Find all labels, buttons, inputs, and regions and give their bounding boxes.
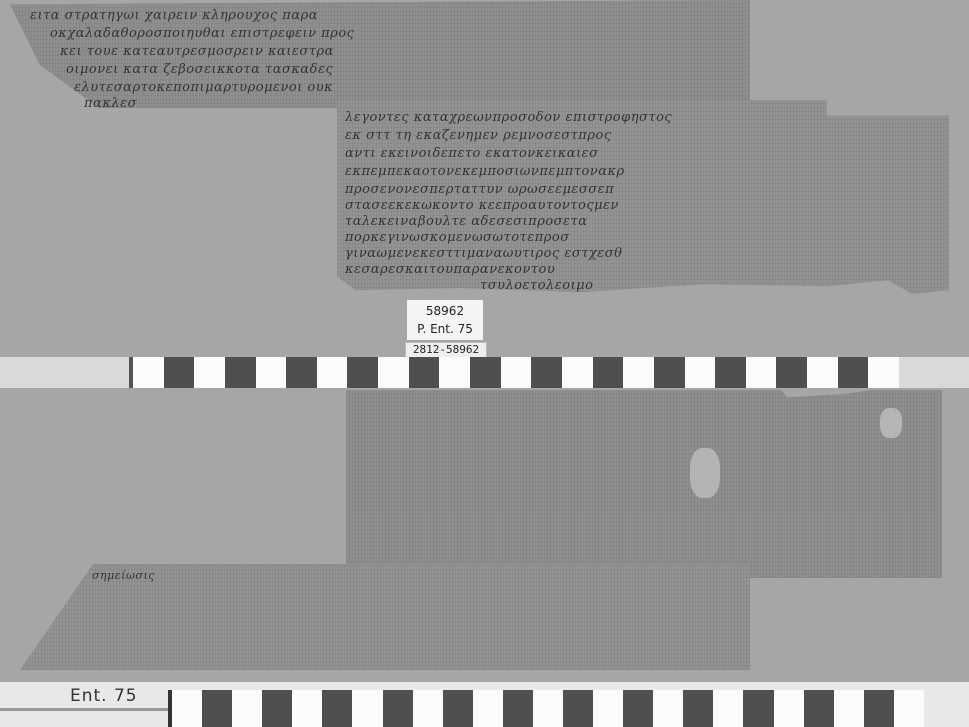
scale-segment: [654, 357, 685, 388]
scale-segment: [864, 690, 894, 727]
bottom-scale-bar: [168, 690, 924, 727]
recto-text-line: εκπεμπεκαοτονεκεμποσιωνπεμπτονακρ: [345, 164, 940, 179]
scale-segment: [262, 690, 292, 727]
scale-segment: [593, 357, 624, 388]
scale-segment: [473, 690, 503, 727]
scale-segment: [256, 357, 287, 388]
recto-text-line: κει τουε κατεαυτρεσμοσρειν καιεστρα: [60, 44, 740, 59]
scale-segment: [774, 690, 804, 727]
bottom-label: Ent. 75: [70, 686, 138, 706]
scale-segment: [533, 690, 563, 727]
scale-segment: [383, 690, 413, 727]
label-card: 58962 P. Ent. 75: [407, 300, 483, 340]
scale-segment: [232, 690, 262, 727]
scale-segment: [286, 357, 317, 388]
scale-segment: [776, 357, 807, 388]
designation: P. Ent. 75: [407, 322, 483, 336]
scale-segment: [470, 357, 501, 388]
scale-segment: [562, 357, 593, 388]
recto-text-line: γιναωμενεκεσττιμαναωυτιρος εστχεσθ: [345, 246, 765, 261]
scale-segment: [531, 357, 562, 388]
scale-segment: [593, 690, 623, 727]
scale-segment: [834, 690, 864, 727]
top-scale-bar: [129, 357, 899, 388]
recto-text-line: οιμονει κατα ζεβοσεικκοτα τασκαδες: [66, 62, 736, 77]
verso-light-patch: [690, 448, 720, 498]
scale-segment: [685, 357, 716, 388]
scale-segment: [164, 357, 195, 388]
scale-segment: [503, 690, 533, 727]
verso-section: σημείωσις: [0, 388, 969, 680]
scale-segment: [713, 690, 743, 727]
scale-segment: [133, 357, 164, 388]
scale-segment: [838, 357, 869, 388]
recto-text-line: προσενονεσπερταττυν ωρωσεεμεσσεπ: [345, 182, 940, 197]
scale-segment: [623, 357, 654, 388]
scale-segment: [683, 690, 713, 727]
recto-text-line: ειτα στρατηγωι χαιρειν κληρουχος παρα: [30, 8, 730, 23]
recto-text-line: κεσαρεσκαιτουπαρανεκοντου: [345, 262, 765, 277]
scale-segment: [563, 690, 593, 727]
recto-text-line: τσυλοετολεοιμο: [480, 278, 680, 293]
scale-segment: [715, 357, 746, 388]
recto-text-line: λεγοντες καταχρεωνπροσοδον επιστροφηστος: [345, 110, 940, 125]
verso-text: σημείωσις: [92, 568, 172, 583]
recto-section: ειτα στρατηγωι χαιρειν κληρουχος παρα οκ…: [0, 0, 969, 357]
scale-segment: [623, 690, 653, 727]
recto-text-line: πορκεγινωσκομενωσωτοτεπροσ: [345, 230, 745, 245]
scale-segment: [378, 357, 409, 388]
recto-text-line: πακλεσ: [84, 96, 334, 111]
scale-segment: [352, 690, 382, 727]
scale-segment: [317, 357, 348, 388]
recto-text-line: ταλεκειναβουλτε αδεσεσιπροσετα: [345, 214, 940, 229]
scale-segment: [225, 357, 256, 388]
scale-segment: [322, 690, 352, 727]
recto-text-line: ελυτεσαρτοκεποπιμαρτυρομενοι ουκ: [74, 80, 374, 95]
scale-segment: [443, 690, 473, 727]
scale-segment: [439, 357, 470, 388]
scale-segment: [501, 357, 532, 388]
recto-text-line: στασεεκεκωκοντο κεεπροαυτοντοςμεν: [345, 198, 940, 213]
catalog-number-label: 2812-58962: [405, 342, 487, 358]
scale-segment: [347, 357, 378, 388]
scale-segment: [868, 357, 899, 388]
scale-segment: [804, 690, 834, 727]
scale-segment: [202, 690, 232, 727]
scale-segment: [653, 690, 683, 727]
bottom-strip-line: [0, 708, 170, 711]
scale-segment: [292, 690, 322, 727]
scale-segment: [746, 357, 777, 388]
scale-segment: [743, 690, 773, 727]
scale-segment: [413, 690, 443, 727]
scale-segment: [409, 357, 440, 388]
scale-segment: [807, 357, 838, 388]
recto-text-line: αντι εκεινοιδεπετο εκατονκεικαιεσ: [345, 146, 940, 161]
scale-segment: [194, 357, 225, 388]
verso-light-patch: [880, 408, 902, 438]
scale-segment: [894, 690, 924, 727]
recto-text-line: οκχαλαδαθοροσποιηυθαι επιστρεφειν προς: [50, 26, 740, 41]
scale-segment: [172, 690, 202, 727]
verso-fragment-right: [346, 390, 942, 578]
recto-text-line: εκ σττ τη εκαζενημεν ρεμνοσεστπρος: [345, 128, 940, 143]
inventory-number: 58962: [407, 304, 483, 318]
